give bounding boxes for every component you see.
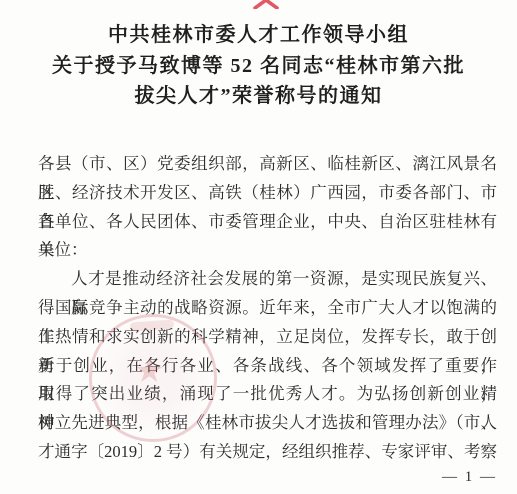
body-line: 人才是推动经济社会发展的第一资源，是实现民族复兴、赢 bbox=[38, 265, 497, 294]
scanned-document-page: 中共桂林市委人才工作领导小组 关于授予马致博等 52 名同志“桂林市第六批 拔尖… bbox=[0, 0, 517, 494]
red-star-tip-icon bbox=[253, 0, 279, 9]
body-line: 取得了突出业绩，涌现了一批优秀人才。为弘扬创新创业精神、 bbox=[38, 380, 497, 409]
body-line: 得国际竞争主动的战略资源。近年来，全市广大人才以饱满的工 bbox=[38, 294, 497, 323]
body-line: 各单位、各人民团体、市委管理企业，中央、自治区驻桂林有关 bbox=[38, 208, 497, 237]
body-line: 树立先进典型，根据《桂林市拔尖人才选拔和管理办法》（市人 bbox=[38, 409, 497, 438]
body-line: 单位： bbox=[38, 236, 497, 265]
body-line: 各县（市、区）党委组织部，高新区、临桂新区、漓江风景名胜 bbox=[38, 150, 497, 179]
title-line-1: 中共桂林市委人才工作领导小组 bbox=[0, 20, 517, 51]
body-line: 才通字〔2019〕2 号）有关规定，经组织推荐、专家评审、考察 bbox=[38, 438, 497, 467]
document-body: 各县（市、区）党委组织部，高新区、临桂新区、漓江风景名胜 区、经济技术开发区、高… bbox=[38, 150, 497, 467]
body-line: 勇于创业，在各行各业、各条战线、各个领域发挥了重要作用， bbox=[38, 352, 497, 381]
body-line: 作热情和求实创新的科学精神，立足岗位，发挥专长，敢于创新， bbox=[38, 323, 497, 352]
title-line-2: 关于授予马致博等 52 名同志“桂林市第六批 bbox=[0, 51, 517, 82]
document-title: 中共桂林市委人才工作领导小组 关于授予马致博等 52 名同志“桂林市第六批 拔尖… bbox=[0, 20, 517, 112]
body-line: 区、经济技术开发区、高铁（桂林）广西园，市委各部门、市直 bbox=[38, 179, 497, 208]
title-line-3: 拔尖人才”荣誉称号的通知 bbox=[0, 81, 517, 112]
page-number: — 1 — bbox=[442, 469, 497, 486]
